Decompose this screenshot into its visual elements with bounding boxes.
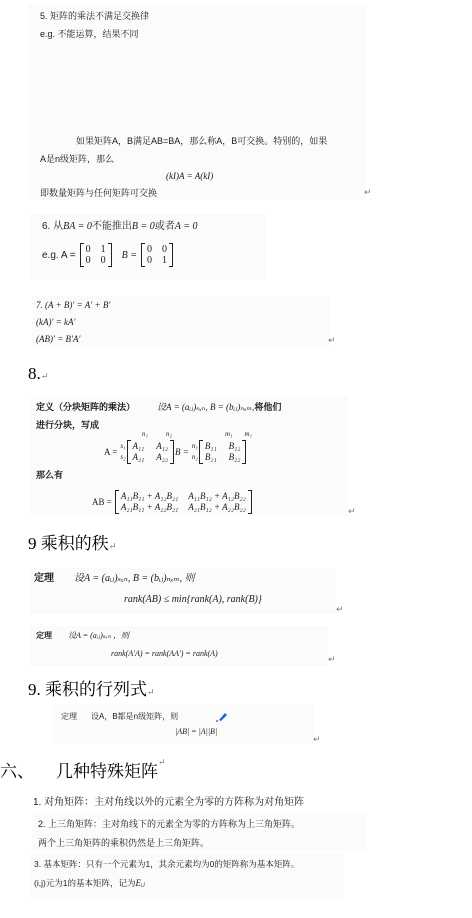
matrix-cell: 0 xyxy=(147,244,152,255)
matrix-cell: A₁₂ xyxy=(156,441,168,452)
section7-line2: (kA)′ = kA′ xyxy=(36,316,76,328)
heading-9-rank-text: 9 乘积的秩 xyxy=(28,534,109,553)
col-labels-b: m₁ m₁ xyxy=(225,430,252,438)
heading-8: 8.↵ xyxy=(28,364,48,384)
section6-math1: BA = 0 xyxy=(63,221,92,232)
row-label: s₂ xyxy=(120,452,125,463)
col-labels-a: n₁ n₂ xyxy=(142,430,172,438)
paragraph-mark: ↵ xyxy=(328,655,336,665)
determinant-statement: 定理 设A，B都是n级矩阵，则 xyxy=(61,711,178,722)
section6-title-prefix: 6. 从 xyxy=(42,221,63,232)
matrix-cell: A₂₁ xyxy=(133,452,145,463)
section5-para-line1: 如果矩阵A，B满足AB=BA，那么称A，B可交换。特别的，如果 xyxy=(76,135,327,147)
paragraph-mark: ↵ xyxy=(41,371,49,381)
section5-para-line2: A是n级矩阵，那么 xyxy=(40,153,114,165)
matrix-a: 0 1 0 0 xyxy=(80,243,112,267)
rank-theorem2-formula: rank(A′A) = rank(AA′) = rank(A) xyxy=(111,649,218,658)
section6-example-prefix: e.g. A = xyxy=(42,249,76,262)
col-label: n₂ xyxy=(166,430,172,438)
matrix-b: 0 0 0 1 xyxy=(141,243,173,267)
section5-title: 5. 矩阵的乘法不满足交换律 xyxy=(40,10,149,22)
matrix-cell: A₁₁B₁₂ + A₁₂B₂₂ xyxy=(188,491,245,502)
section8-def-tail: 将他们 xyxy=(254,401,281,413)
paragraph-mark: ↵ xyxy=(313,735,321,745)
determinant-formula: |AB| = |A||B| xyxy=(175,727,217,736)
section6-mid2: 或者 xyxy=(155,221,175,232)
heading-9-rank: 9 乘积的秩↵ xyxy=(28,529,116,554)
special-item2-line1: 2. 上三角矩阵：主对角线下的元素全为零的方阵称为上三角矩阵。 xyxy=(38,817,300,830)
section6-math2: B = 0 xyxy=(132,221,155,232)
rank-theorem1-formula: rank(AB) ≤ min{rank(A), rank(B)} xyxy=(124,593,262,606)
section5-conclusion: 即数量矩阵与任何矩阵可交换 xyxy=(40,187,157,199)
section8-then: 那么有 xyxy=(36,469,63,481)
matrix-cell: 1 xyxy=(162,255,167,266)
rank-theorem1-statement: 定理 设A = (aᵢⱼ)ₛₓₙ, B = (bᵢⱼ)ₙₓₘ, 则 xyxy=(34,572,195,585)
heading-9-determinant: 9. 乘积的行列式↵ xyxy=(28,675,155,700)
block-matrix-a: A₁₁ A₁₂ A₂₁ A₂₂ xyxy=(127,440,175,464)
paragraph-mark: ↵ xyxy=(348,507,356,517)
theorem-label: 定理 xyxy=(61,711,77,722)
matrix-cell: A₁₁B₁₁ + A₁₂B₂₁ xyxy=(121,491,178,502)
matrix-cell: 0 xyxy=(162,244,167,255)
block-matrix-ab: A₁₁B₁₁ + A₁₂B₂₁ A₁₁B₁₂ + A₁₂B₂₂ A₂₁B₁₁ +… xyxy=(115,490,252,514)
section5-example: e.g. 不能运算，结果不同 xyxy=(40,28,139,40)
special-item3-line1: 3. 基本矩阵：只有一个元素为1，其余元素均为0的矩阵称为基本矩阵。 xyxy=(34,858,299,870)
heading-number: 六、 xyxy=(0,757,56,782)
paragraph-mark: ↵ xyxy=(109,541,117,551)
matrix-cell: A₁₁ xyxy=(133,441,145,452)
paragraph-mark: ↵ xyxy=(336,605,344,615)
matrix-cell: A₂₁B₁₁ + A₂₂B₂₁ xyxy=(121,502,178,513)
row-label: s₁ xyxy=(120,441,125,452)
section6-title: 6. 从BA = 0不能推出B = 0或者A = 0 xyxy=(42,220,197,233)
row-label: n₁ xyxy=(192,441,198,452)
paragraph-mark: ↵ xyxy=(328,336,336,346)
block-b-label: B = xyxy=(175,447,189,457)
paragraph-mark: ↵ xyxy=(158,757,166,782)
section5-formula: (kI)A = A(kI) xyxy=(166,170,213,182)
matrix-cell: A₂₂ xyxy=(156,452,168,463)
section8-line2: 进行分块，写成 xyxy=(36,419,99,431)
matrix-cell: B₂₂ xyxy=(229,452,241,463)
heading-8-text: 8. xyxy=(28,364,41,383)
col-label: m₁ xyxy=(225,430,233,438)
section8-def-math: 设A = (aᵢⱼ)ₛₓₙ, B = (bᵢⱼ)ₙₓₘ, xyxy=(157,401,254,413)
col-label: m₁ xyxy=(245,430,253,438)
block-matrix-b: B₁₁ B₁₂ B₂₁ B₂₂ xyxy=(199,440,247,464)
block-a-label: A = xyxy=(104,447,117,457)
special-item2-line2: 两个上三角矩阵的乘积仍然是上三角矩阵。 xyxy=(38,836,209,849)
row-labels-b: n₁ n₂ xyxy=(192,441,198,463)
heading-special-matrices: 六、 几种特殊矩阵↵ xyxy=(0,757,166,782)
row-labels-a: s₁ s₂ xyxy=(120,441,125,463)
paragraph-mark: ↵ xyxy=(364,188,372,198)
item3-math: Eᵢⱼ xyxy=(136,878,145,888)
matrix-cell: 1 xyxy=(101,244,106,255)
section8-def-label: 定义（分块矩阵的乘法） xyxy=(36,401,135,413)
theorem-statement: 设A，B都是n级矩阵，则 xyxy=(91,711,178,722)
pen-icon[interactable] xyxy=(214,711,228,725)
theorem-statement: 设A = (aᵢⱼ)ₛₓₙ, B = (bᵢⱼ)ₙₓₘ, 则 xyxy=(74,572,195,585)
theorem-label: 定理 xyxy=(36,630,52,642)
block-product: AB = A₁₁B₁₁ + A₁₂B₂₁ A₁₁B₁₂ + A₁₂B₂₂ A₂₁… xyxy=(92,490,252,514)
theorem-statement: 设A = (aᵢⱼ)ₛₓₙ ，则 xyxy=(68,630,129,642)
matrix-cell: 0 xyxy=(101,255,106,266)
paragraph-mark: ↵ xyxy=(147,687,155,697)
section6-math3: A = 0 xyxy=(175,221,198,232)
block-matrices: A = s₁ s₂ A₁₁ A₁₂ A₂₁ A₂₂ B = n₁ n₂ B₁₁ … xyxy=(104,440,246,464)
section6-b-label: B = xyxy=(122,249,137,262)
block-ab-label: AB = xyxy=(92,497,112,507)
section6-example: e.g. A = 0 1 0 0 B = 0 0 0 1 xyxy=(42,243,173,267)
matrix-cell: 0 xyxy=(86,244,91,255)
rank-theorem2-statement: 定理 设A = (aᵢⱼ)ₛₓₙ ，则 xyxy=(36,630,129,642)
heading-9-det-text: 9. 乘积的行列式 xyxy=(28,680,147,699)
col-label: n₁ xyxy=(142,430,148,438)
matrix-cell: B₂₁ xyxy=(205,452,217,463)
row-label: n₂ xyxy=(192,452,198,463)
special-item1: 1. 对角矩阵：主对角线以外的元素全为零的方阵称为对角矩阵 xyxy=(33,793,304,808)
matrix-cell: 0 xyxy=(86,255,91,266)
matrix-cell: 0 xyxy=(147,255,152,266)
section6-mid1: 不能推出 xyxy=(92,221,132,232)
section8-definition: 定义（分块矩阵的乘法） 设A = (aᵢⱼ)ₛₓₙ, B = (bᵢⱼ)ₙₓₘ,… xyxy=(36,401,336,413)
section7-line3: (AB)′ = B′A′ xyxy=(36,333,80,345)
item3-text: (i,j)元为1的基本矩阵，记为 xyxy=(34,878,136,888)
section7-line1: 7. (A + B)′ = A′ + B′ xyxy=(36,299,110,311)
matrix-cell: A₂₁B₁₂ + A₂₂B₂₂ xyxy=(188,502,245,513)
matrix-cell: B₁₂ xyxy=(229,441,241,452)
matrix-cell: B₁₁ xyxy=(205,441,217,452)
special-item3-line2: (i,j)元为1的基本矩阵，记为Eᵢⱼ xyxy=(34,877,145,889)
theorem-label: 定理 xyxy=(34,572,54,585)
heading-title: 几种特殊矩阵 xyxy=(56,757,158,782)
